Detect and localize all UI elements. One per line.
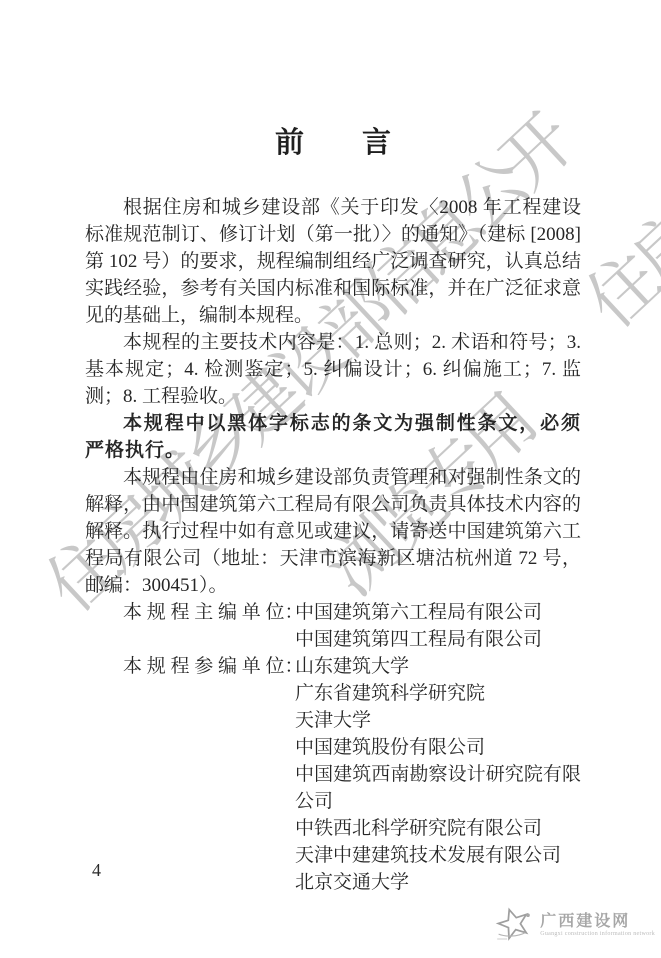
chief-editor-unit-row: 本 规 程 主 编 单 位： 中国建筑第六工程局有限公司 中国建筑第四工程局有限… xyxy=(85,599,581,653)
editor-unit-value: 中铁西北科学研究院有限公司 xyxy=(295,815,581,842)
editor-unit-value: 广东省建筑科学研究院 xyxy=(295,680,581,707)
paragraph-administration: 本规程由住房和城乡建设部负责管理和对强制性条文的解释，由中国建筑第六工程局有限公… xyxy=(85,464,581,599)
paragraph-basis: 根据住房和城乡建设部《关于印发〈2008 年工程建设标准规范制订、修订计划（第一… xyxy=(85,194,581,329)
document-page: 住房城乡建设部信息公开 浏览专用 住房城乡建设部信息公开 前 言 根据住房和城乡… xyxy=(0,0,661,958)
paragraph-contents: 本规程的主要技术内容是：1. 总则；2. 术语和符号；3. 基本规定；4. 检测… xyxy=(85,329,581,410)
editor-unit-value: 天津大学 xyxy=(295,707,581,734)
paragraph-mandatory-clause: 本规程中以黑体字标志的条文为强制性条文，必须严格执行。 xyxy=(85,410,581,464)
site-logo-tagline: Guangxi construction information network xyxy=(540,930,655,938)
editor-unit-value: 山东建筑大学 xyxy=(295,653,581,680)
editor-unit-value: 天津中建建筑技术发展有限公司 xyxy=(295,842,581,869)
site-logo-text: 广西建设网 Guangxi construction information n… xyxy=(540,913,655,938)
site-logo: 广西建设网 Guangxi construction information n… xyxy=(493,906,655,944)
editor-unit-value: 中国建筑股份有限公司 xyxy=(295,734,581,761)
participating-editor-unit-row: 本 规 程 参 编 单 位： 山东建筑大学 广东省建筑科学研究院 天津大学 中国… xyxy=(85,653,581,896)
chief-editor-label: 本 规 程 主 编 单 位： xyxy=(123,599,295,653)
editor-unit-value: 中国建筑第六工程局有限公司 xyxy=(295,599,581,626)
editor-unit-value: 中国建筑第四工程局有限公司 xyxy=(295,626,581,653)
editor-unit-value: 中国建筑西南勘察设计研究院有限公司 xyxy=(295,761,581,815)
page-number: 4 xyxy=(92,860,101,881)
participating-editor-values: 山东建筑大学 广东省建筑科学研究院 天津大学 中国建筑股份有限公司 中国建筑西南… xyxy=(295,653,581,896)
chief-editor-values: 中国建筑第六工程局有限公司 中国建筑第四工程局有限公司 xyxy=(295,599,581,653)
star-icon xyxy=(493,906,535,944)
page-title: 前 言 xyxy=(85,126,581,160)
site-logo-name: 广西建设网 xyxy=(540,913,655,930)
editor-unit-value: 北京交通大学 xyxy=(295,869,581,896)
page-content: 前 言 根据住房和城乡建设部《关于印发〈2008 年工程建设标准规范制订、修订计… xyxy=(0,0,661,896)
participating-editor-label: 本 规 程 参 编 单 位： xyxy=(123,653,295,896)
